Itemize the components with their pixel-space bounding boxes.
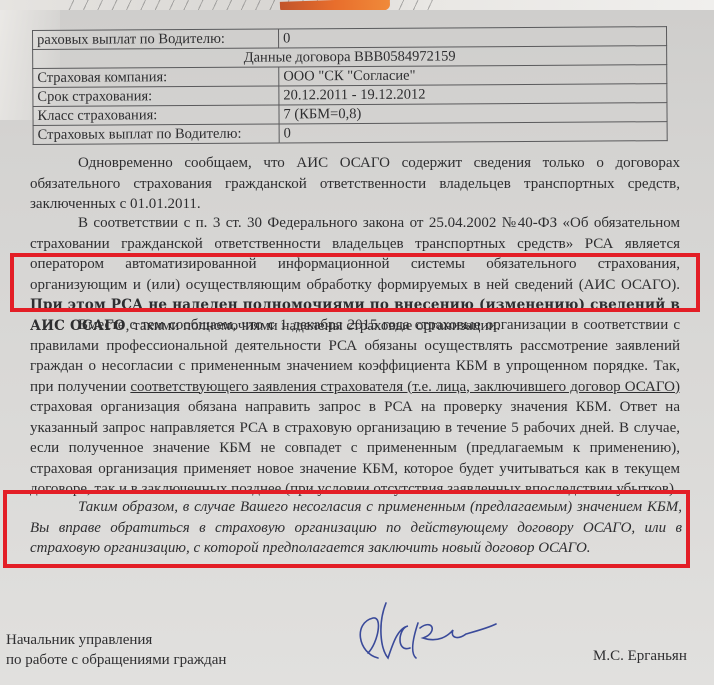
table-label: Класс страхования:: [33, 105, 279, 126]
table-label: раховых выплат по Водителю:: [33, 29, 279, 50]
table-label: Страховая компания:: [33, 67, 279, 88]
table-label: Срок страхования:: [33, 86, 279, 107]
table-value: 7 (КБМ=0,8): [279, 103, 667, 124]
table-label: Страховых выплат по Водителю:: [33, 124, 279, 145]
paragraph-conclusion: Таким образом, в случае Вашего несогласи…: [30, 497, 682, 559]
table-row: Страховых выплат по Водителю: 0: [33, 122, 667, 145]
paragraph-kbm-procedure: Вместе с тем сообщаем, что с 1 декабря 2…: [30, 315, 680, 500]
signatory-title: Начальник управления по работе с обращен…: [6, 630, 226, 670]
contract-info-table: раховых выплат по Водителю: 0 Данные дог…: [32, 26, 668, 145]
handwritten-signature-icon: [338, 598, 518, 668]
signatory-title-line2: по работе с обращениями граждан: [6, 650, 226, 670]
paragraph-text: Вместе с тем сообщаем, что с 1 декабря 2…: [30, 315, 680, 500]
table-value: 0: [278, 27, 666, 48]
paragraph-text-end: страховая организация обязана направить …: [30, 399, 680, 497]
italic-conclusion: Таким образом, в случае Вашего несогласи…: [30, 497, 682, 559]
paragraph-ais-scope: Одновременно сообщаем, что АИС ОСАГО сод…: [30, 153, 680, 215]
table-value: 0: [279, 122, 667, 143]
signatory-title-line1: Начальник управления: [6, 630, 226, 650]
paragraph-text: Одновременно сообщаем, что АИС ОСАГО сод…: [30, 153, 680, 215]
signatory-name: М.С. Ерганьян: [593, 648, 687, 665]
table-value: 20.12.2011 - 19.12.2012: [279, 84, 667, 105]
paragraph-text-start: В соответствии с п. 3 ст. 30 Федеральног…: [30, 215, 680, 293]
underlined-text: соответствующего заявления страхователя …: [130, 379, 680, 395]
table-value: ООО "СК "Согласие": [279, 65, 667, 86]
